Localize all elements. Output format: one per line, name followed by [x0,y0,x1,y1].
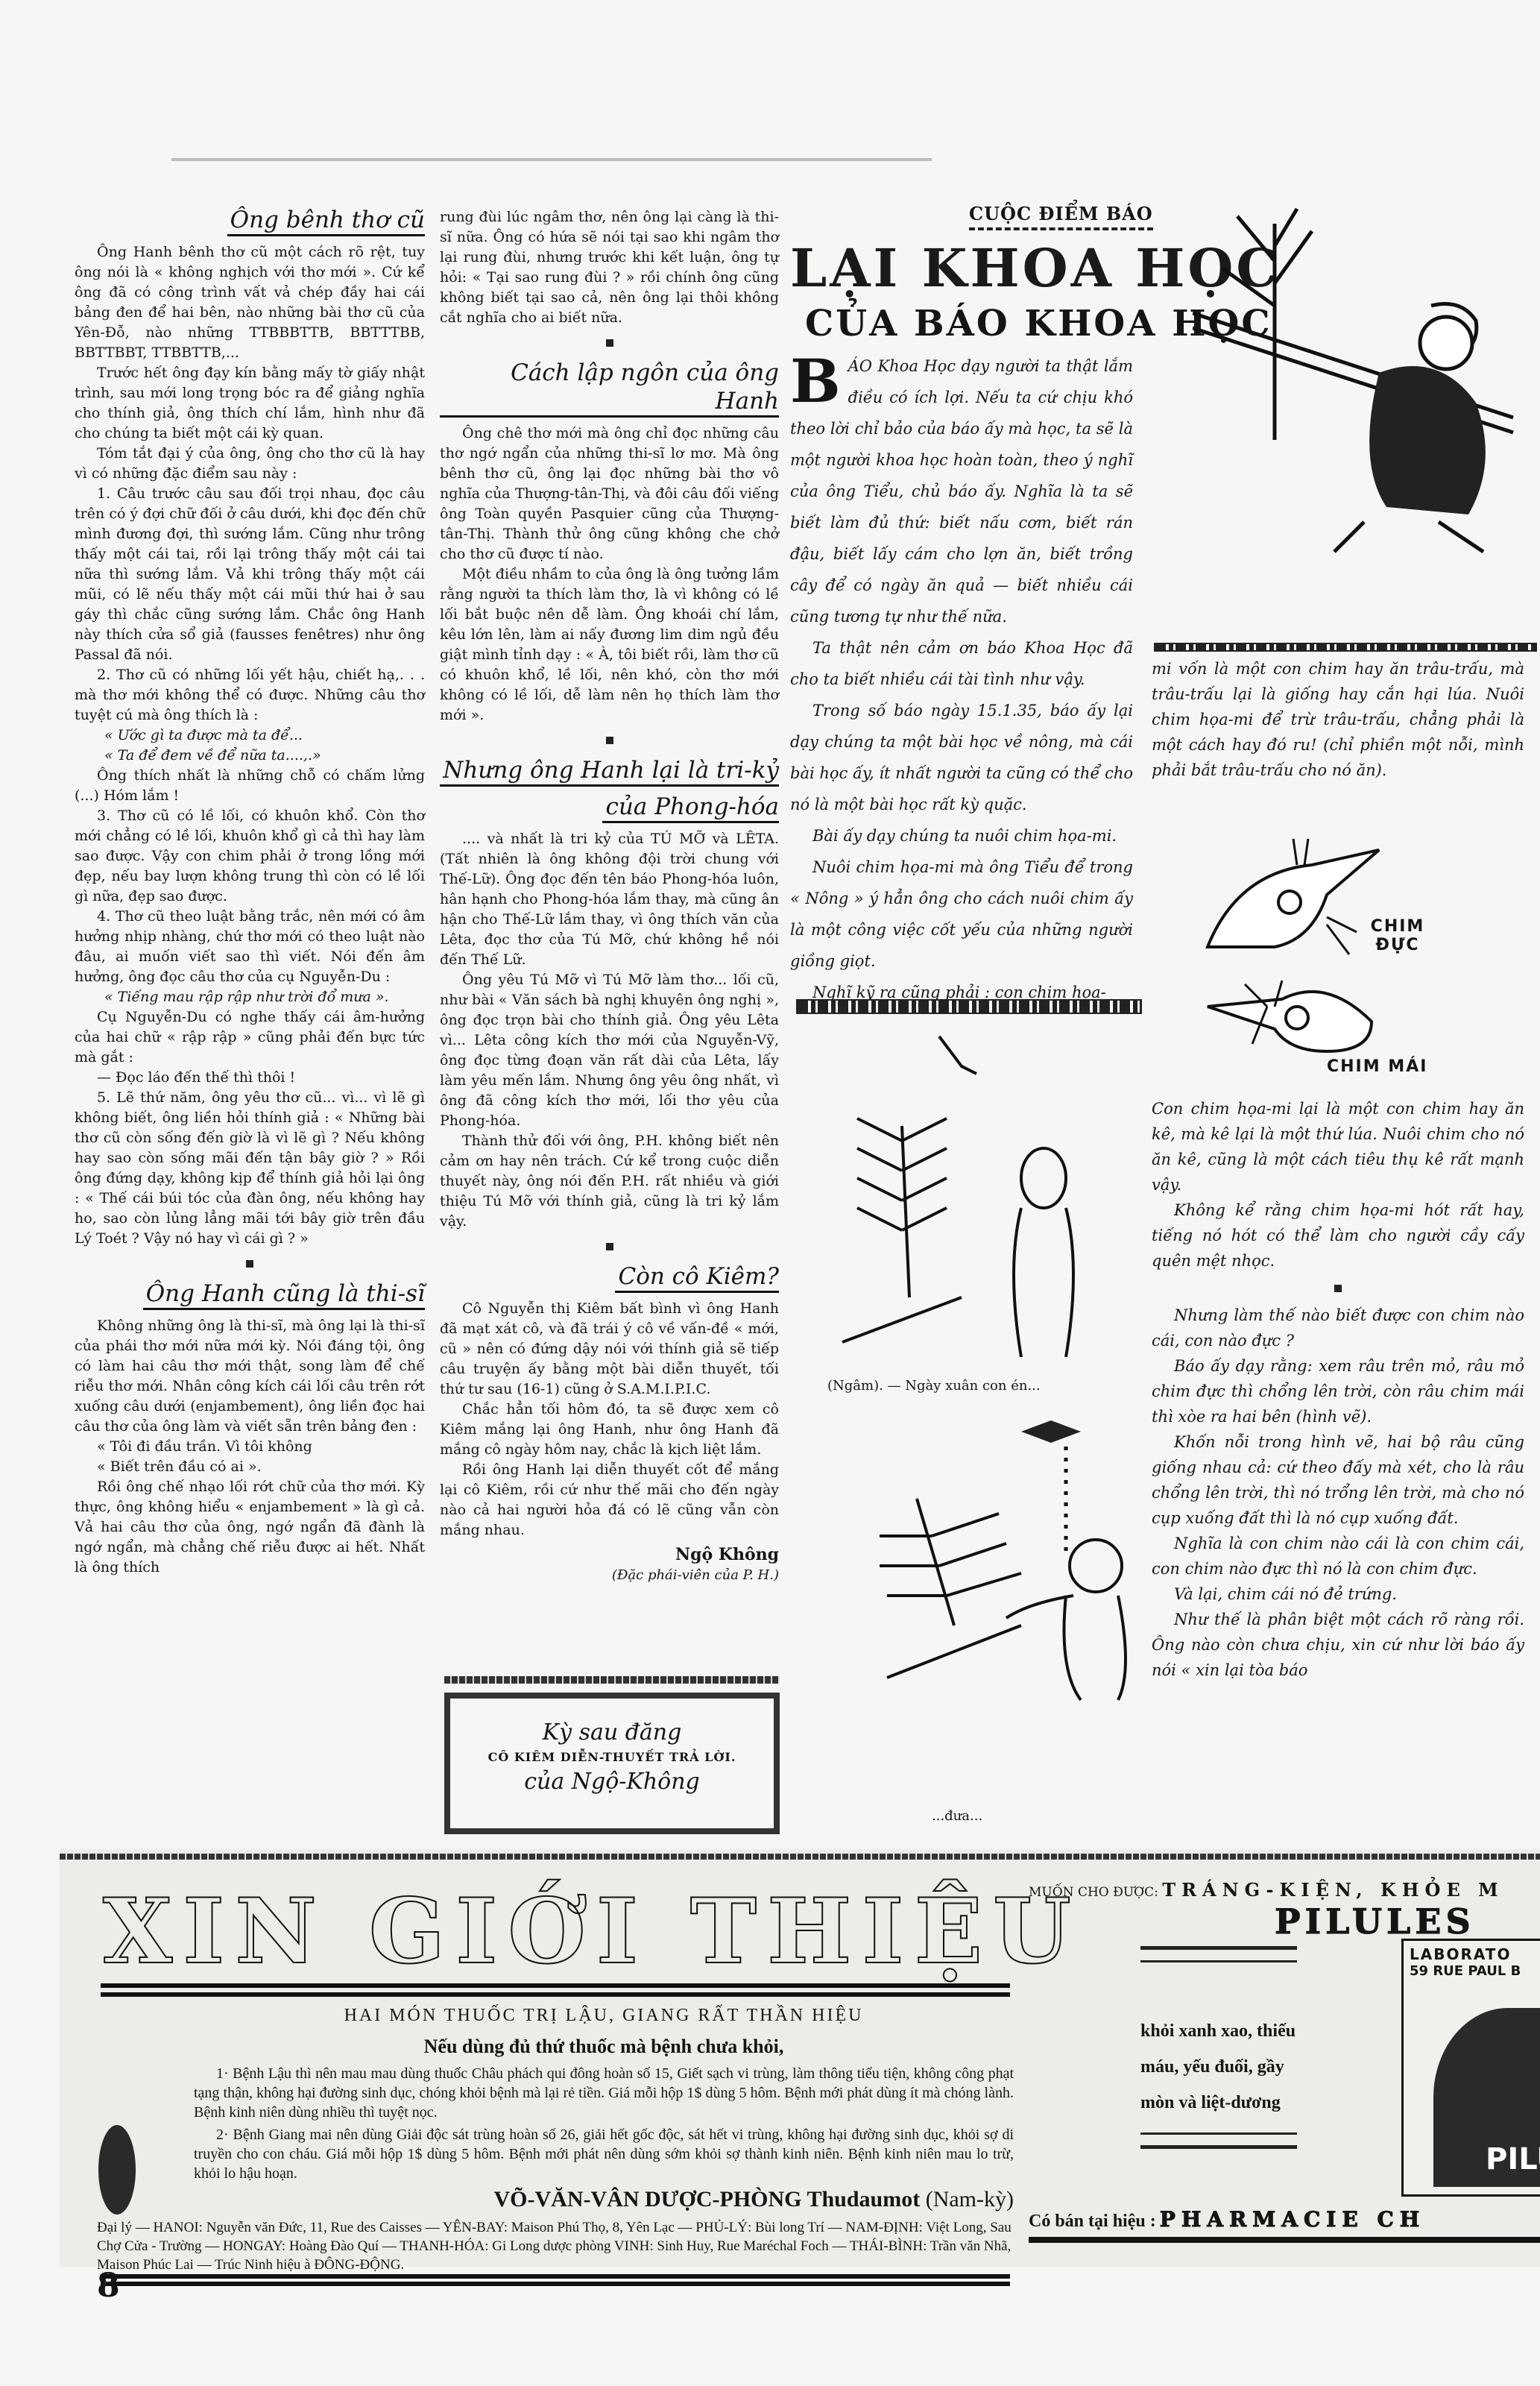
cartoon-poet-swallow-2 [827,1402,1140,1715]
divider-rule [444,1676,780,1684]
paragraph: Nghĩa là con chim nào cái là con chim cá… [1152,1531,1524,1581]
heading-ong-benh-tho-cu: Ông bênh thơ cũ [227,206,425,236]
ad-pharmacy-name: VÕ-VĂN-VÂN DƯỢC-PHÒNG Thudaumot (Nam-kỳ) [194,2186,1014,2213]
cartoon-poet-swallow-1 [798,1029,1140,1357]
heading-tri-ky-line2: của Phong-hóa [602,793,779,823]
page-number: 8 [97,2267,120,2305]
paragraph: 5. Lẽ thứ năm, ông yêu thơ cũ... vì... v… [75,1088,425,1249]
ornament-rule [796,999,1142,1014]
paragraph: rung đùi lúc ngâm thơ, nên ông lại càng … [440,207,779,328]
ad2-headline-main: TRÁNG-KIỆN, KHỎE M [1162,1879,1503,1901]
paragraph: 3. Thơ cũ có lề lối, có khuôn khổ. Còn t… [75,806,425,907]
paragraph: 2. Thơ cũ có những lối yết hậu, chiết hạ… [75,665,425,725]
ad-title: XIN GIỚI THIỆU [103,1879,1082,1984]
paragraph: Rồi ông chế nhạo lối rớt chữ của thơ mới… [75,1477,425,1578]
paragraph: Không kể rằng chim họa-mi hót rất hay, t… [1152,1197,1524,1274]
paragraph: Nuôi chim họa-mi mà ông Tiểu để trong « … [790,852,1133,977]
ad-agents: Đại lý — HANOI: Nguyễn văn Đức, 11, Rue … [97,2218,1014,2274]
author-signature: Ngộ Không [440,1545,779,1565]
paragraph: .... và nhất là tri kỷ của TÚ MỠ và LÊTA… [440,829,779,970]
pharmacy-name: VÕ-VĂN-VÂN DƯỢC-PHÒNG Thudaumot [494,2187,921,2212]
paragraph: Một điều nhầm to của ông là ông tưởng lầ… [440,564,779,725]
lead-text: ÁO Khoa Học dạy người ta thật lắm điều c… [790,357,1133,626]
ad-tagline: Nếu dùng đủ thứ thuốc mà bệnh chưa khỏi, [194,2037,1014,2056]
section-separator [75,1253,425,1274]
paragraph: Thành thử đối với ông, P.H. không biết n… [440,1131,779,1232]
ad2-body: khỏi xanh xao, thiếu máu, yếu đuối, gầy … [1140,2013,1296,2121]
paragraph: Cụ Nguyễn-Du có nghe thấy cái âm-hưởng c… [75,1007,425,1068]
column-2: rung đùi lúc ngâm thơ, nên ông lại càng … [440,207,779,1585]
paragraph: Bài ấy dạy chúng ta nuôi chim họa-mi. [790,820,1133,852]
paragraph: Ông yêu Tú Mỡ vì Tú Mỡ làm thơ... lối cũ… [440,970,779,1131]
paragraph: Ông chê thơ mới mà ông chỉ đọc những câu… [440,424,779,564]
ad2-sold-at-prefix: Có bán tại hiệu : [1029,2212,1156,2231]
cartoon-man-tree-illustration [1193,201,1521,559]
paragraph: 4. Thơ cũ theo luật bằng trắc, nên mới c… [75,907,425,987]
ad2-product-box: LABORATO 59 RUE PAUL B PILU [1401,1939,1540,2197]
ad2-rule-top [1140,1946,1297,1962]
next-issue-box: Kỳ sau đăng CÔ KIÊM DIỄN-THUYẾT TRẢ LỜI.… [444,1693,780,1834]
paragraph: Trong số báo ngày 15.1.35, báo ấy lại dạ… [790,695,1133,820]
paragraph: Con chim họa-mi lại là một con chim hay … [1152,1096,1524,1197]
poem-line: « Tôi đi đầu trần. Vì tôi không [75,1437,425,1457]
next-issue-line3: của Ngộ-Không [450,1769,774,1795]
top-rule [171,158,932,161]
ad2-headline: MUỐN CHO ĐƯỢC: TRÁNG-KIỆN, KHỎE M [1029,1879,1504,1901]
ad-item-2: 2· Bệnh Giang mai nên dùng Giải độc sát … [194,2125,1014,2183]
paragraph: Nhưng làm thế nào biết được con chim nào… [1152,1303,1524,1353]
author-title: (Đặc phái-viên của P. H.) [440,1565,779,1585]
paragraph: Khốn nỗi trong hình vẽ, hai bộ râu cũng … [1152,1429,1524,1531]
next-issue-line2: CÔ KIÊM DIỄN-THUYẾT TRẢ LỜI. [450,1750,774,1764]
bird-label-female: CHIM MÁI [1327,1057,1427,1076]
ad-top-rule [60,1854,1540,1860]
heading-tri-ky-line1: Nhưng ông Hanh lại là tri-kỷ [440,756,779,787]
cartoon-caption-2: ...đưa... [932,1808,982,1824]
paragraph: Ông thích nhất là những chỗ có chấm lửng… [75,766,425,806]
column-4: mi vốn là một con chim hay ăn trâu-trấu,… [1152,656,1524,783]
ad-item-1: 1· Bệnh Lậu thì nên mau mau dùng thuốc C… [194,2064,1014,2122]
paragraph: Như thế là phân biệt một cách rõ ràng rồ… [1152,1607,1524,1683]
ad2-rule-bottom [1140,2132,1297,2149]
section-separator [1152,1278,1524,1298]
ad-subheadline: HAI MÓN THUỐC TRỊ LẬU, GIANG RẤT THẦN HI… [194,2006,1014,2025]
column-1: Ông bênh thơ cũ Ông Hanh bênh thơ cũ một… [75,200,425,1578]
bird-label-male: CHIM ĐỰC [1368,917,1427,954]
ad-title-rule [101,1983,1010,1988]
cartoon-caption-1: (Ngâm). — Ngày xuân con én... [827,1378,1041,1394]
paragraph: — Đọc láo đến thế thì thôi ! [75,1068,425,1088]
heading-cach-lap-ngon: Cách lập ngôn của ông Hanh [440,359,779,418]
lead-paragraph: BÁO Khoa Học dạy người ta thật lắm điều … [790,350,1133,632]
paragraph: Cô Nguyễn thị Kiêm bất bình vì ông Hanh … [440,1299,779,1400]
paragraph: Ta thật nên cảm ơn báo Khoa Học đã cho t… [790,632,1133,695]
ad2-lab-line1: LABORATO [1404,1941,1540,1963]
ad2-sold-at-name: PHARMACIE CH [1160,2207,1425,2232]
poem-line: « Tiếng mau rập rập như trời đổ mưa ». [75,987,425,1007]
paragraph: Không những ông là thi-sĩ, mà ông lại là… [75,1316,425,1437]
next-issue-line1: Kỳ sau đăng [450,1719,774,1746]
ad2-bottom-rule [1029,2237,1540,2243]
column-3: BÁO Khoa Học dạy người ta thật lắm điều … [790,350,1133,1008]
section-kicker: CUỘC ĐIỂM BÁO [969,203,1153,230]
paragraph: Rồi ông Hanh lại diễn thuyết cốt để mắng… [440,1460,779,1540]
paragraph: Và lại, chim cái nó đẻ trứng. [1152,1581,1524,1607]
paragraph: 1. Câu trước câu sau đối trọi nhau, đọc … [75,484,425,665]
ad2-body-line: máu, yếu đuối, gầy [1140,2049,1296,2085]
column-4-continued: Con chim họa-mi lại là một con chim hay … [1152,1096,1524,1683]
drop-cap: B [790,355,841,407]
section-separator [440,333,779,353]
poem-line: « Ta để đem về để nữa ta....,.» [75,746,425,766]
ad2-lab-line2: 59 RUE PAUL B [1404,1963,1540,1979]
paragraph: Ông Hanh bênh thơ cũ một cách rõ rệt, tu… [75,242,425,363]
ad2-headline-prefix: MUỐN CHO ĐƯỢC: [1029,1885,1158,1900]
ad2-sold-at: Có bán tại hiệu : PHARMACIE CH [1029,2207,1425,2232]
heading-con-co-kiem: Còn cô Kiêm? [615,1262,779,1293]
bird-head-male-illustration [1200,835,1394,962]
paragraph: Báo ấy dạy rằng: xem râu trên mỏ, râu mỏ… [1152,1353,1524,1429]
poem-line: « Ước gì ta được mà ta để... [75,725,425,746]
heading-ong-hanh-cung-la-thi-si: Ông Hanh cũng là thi-sĩ [143,1279,425,1310]
paragraph: mi vốn là một con chim hay ăn trâu-trấu,… [1152,656,1524,783]
paragraph: Chắc hẳn tối hôm đó, ta sẽ được xem cô K… [440,1400,779,1460]
section-separator [440,730,779,750]
ad-medallion-icon [98,2125,136,2215]
paragraph: Tóm tắt đại ý của ông, ông cho thơ cũ là… [75,444,425,484]
ornament-rule [1154,643,1537,652]
ad2-brand: PILULES [1275,1901,1475,1942]
poem-line: « Biết trên đầu có ai ». [75,1457,425,1477]
paragraph: Trước hết ông đạy kín bằng mấy tờ giấy n… [75,363,425,444]
ad2-body-line: khỏi xanh xao, thiếu [1140,2013,1296,2049]
ad2-pack-label: PILU [1486,2142,1540,2176]
pharmacy-region: (Nam-kỳ) [926,2187,1014,2212]
ad2-body-line: mòn và liệt-dương [1140,2085,1296,2121]
ad-bottom-rule [101,2274,1010,2279]
section-separator [440,1236,779,1256]
